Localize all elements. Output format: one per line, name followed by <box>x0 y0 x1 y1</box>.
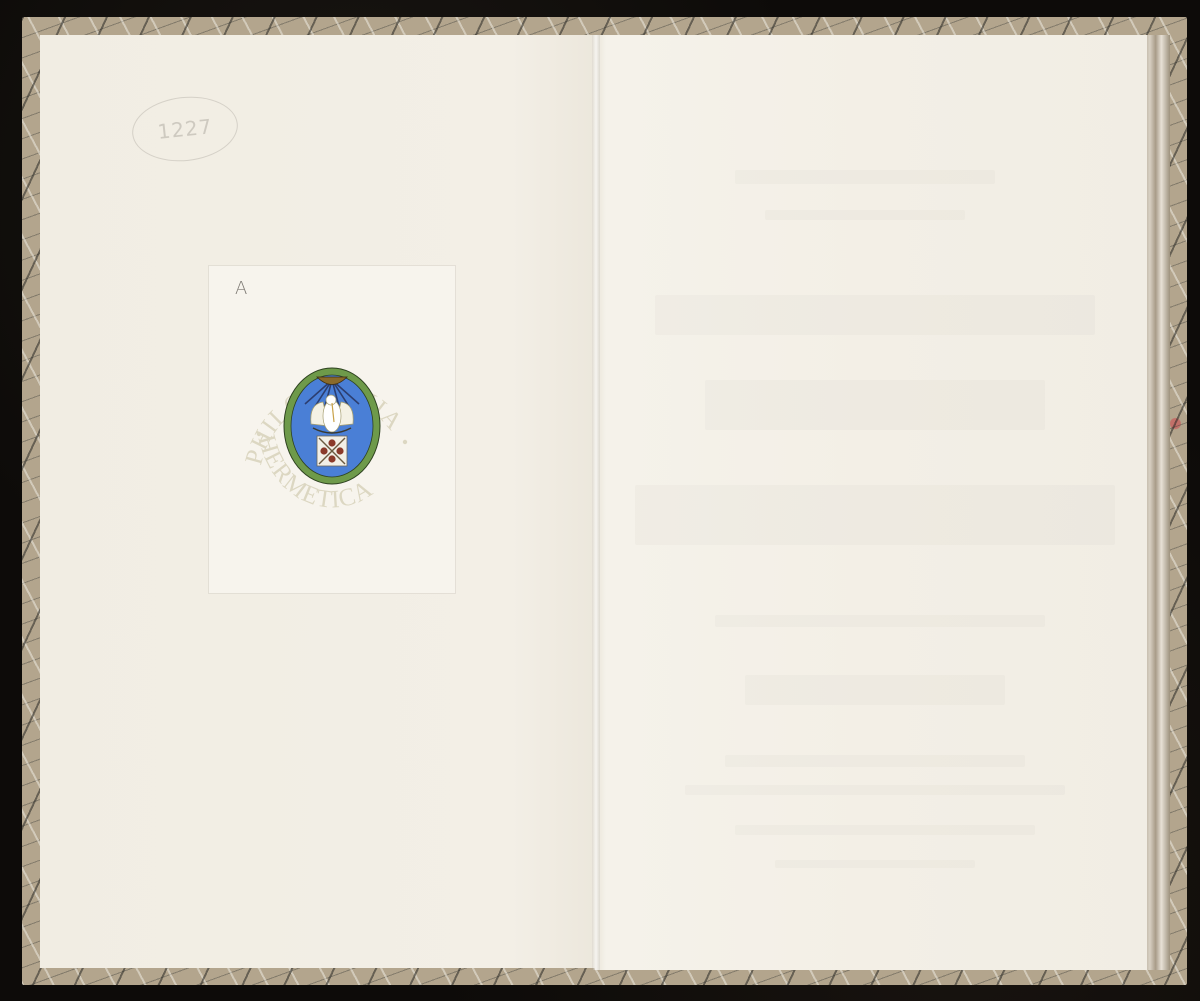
show-through-text <box>595 35 1147 970</box>
pelican-in-piety-icon <box>284 368 380 484</box>
right-page <box>595 35 1147 970</box>
book-gutter <box>592 35 600 970</box>
shelf-mark-circle: 1227 <box>129 92 241 167</box>
bookplate-emblem: PHILOSOPHIA HERMETICA <box>209 266 455 593</box>
motto-separator-right <box>403 440 407 444</box>
shelf-mark-number: 1227 <box>156 114 213 144</box>
motto-separator-left <box>257 432 261 436</box>
bookplate-ex-libris: A PHILOSOPHIA HERMETICA <box>209 266 455 593</box>
